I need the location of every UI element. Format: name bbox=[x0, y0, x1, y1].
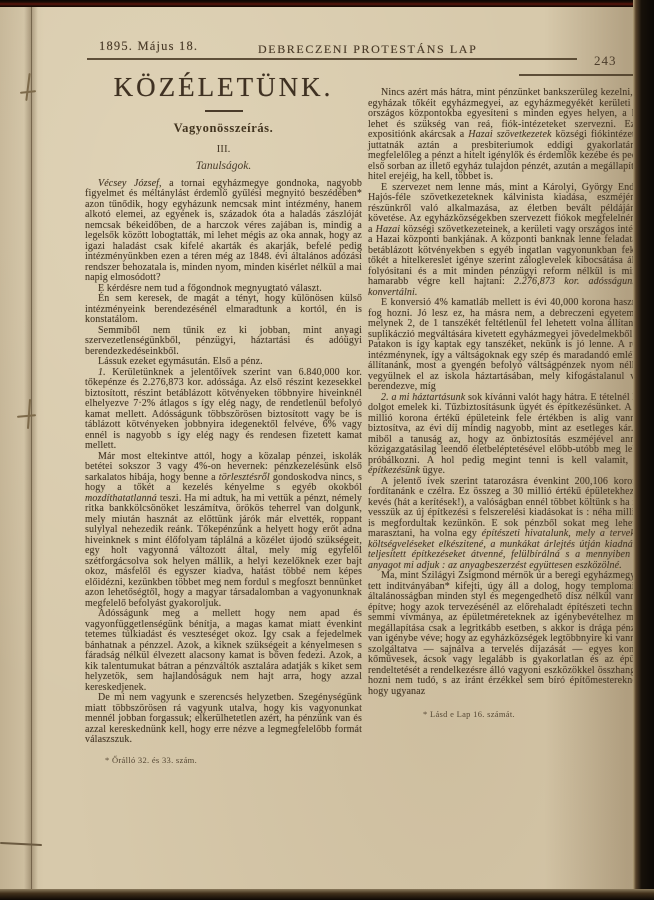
scan-edge-top bbox=[0, 0, 654, 7]
right-column: Nincs azért más hátra, mint pénzünket ba… bbox=[368, 64, 645, 765]
article-title: KÖZÉLETÜNK. bbox=[85, 72, 362, 103]
article-columns: KÖZÉLETÜNK. Vagyonösszeírás. III. Tanuls… bbox=[85, 64, 645, 765]
paragraph: A jelentő ívek szerint tatarozásra évenk… bbox=[368, 477, 645, 572]
header-rule bbox=[87, 58, 577, 60]
section-number: III. bbox=[85, 143, 362, 155]
paragraph: Ma, mint Szilágyi Zsigmond mérnök úr a b… bbox=[368, 571, 645, 697]
paragraph: E konversió 4% kamatláb mellett is évi 4… bbox=[368, 298, 645, 393]
issue-date: 1895. Május 18. bbox=[99, 39, 198, 54]
binding-fold-line bbox=[31, 7, 32, 889]
footnote-right: * Lásd e Lap 16. számát. bbox=[368, 709, 645, 719]
paragraph: E szervezet nem lenne más, mint a Károly… bbox=[368, 183, 645, 299]
scanned-page: 1895. Május 18. DEBRECZENI PROTESTÁNS LA… bbox=[0, 7, 633, 889]
left-column-text: Vécsey József, a tornai egyházmegye gond… bbox=[85, 179, 362, 746]
journal-title: DEBRECZENI PROTESTÁNS LAP bbox=[258, 42, 477, 57]
paragraph: De mi nem vagyunk e szerencsés helyzetbe… bbox=[85, 693, 362, 746]
footnote-left: * Őrálló 32. és 33. szám. bbox=[85, 755, 362, 765]
paragraph: Vécsey József, a tornai egyházmegye gond… bbox=[85, 179, 362, 284]
paragraph: 1. Kerületünknek a jelentőívek szerint v… bbox=[85, 368, 362, 452]
paragraph: Én sem keresek, de magát a tényt, hogy k… bbox=[85, 294, 362, 326]
paragraph: Semmiből nem tűnik ez ki jobban, mint an… bbox=[85, 326, 362, 358]
right-column-text: Nincs azért más hátra, mint pénzünket ba… bbox=[368, 88, 645, 697]
scan-edge-right bbox=[633, 0, 654, 900]
scan-stage: 1895. Május 18. DEBRECZENI PROTESTÁNS LA… bbox=[0, 0, 654, 900]
left-column: KÖZÉLETÜNK. Vagyonösszeírás. III. Tanuls… bbox=[85, 64, 362, 765]
paragraph: Adósságunk meg a mellett hogy nem apad é… bbox=[85, 609, 362, 693]
title-rule bbox=[205, 110, 243, 112]
paragraph: Nincs azért más hátra, mint pénzünket ba… bbox=[368, 88, 645, 183]
article-subtitle: Vagyonösszeírás. bbox=[85, 121, 362, 136]
paragraph: 2. a mi háztartásunk sok kívánni valót h… bbox=[368, 393, 645, 477]
scan-edge-bottom bbox=[0, 889, 654, 900]
section-title: Tanulságok. bbox=[85, 160, 362, 172]
paragraph: Már most eltekintve attól, hogy a közala… bbox=[85, 452, 362, 610]
